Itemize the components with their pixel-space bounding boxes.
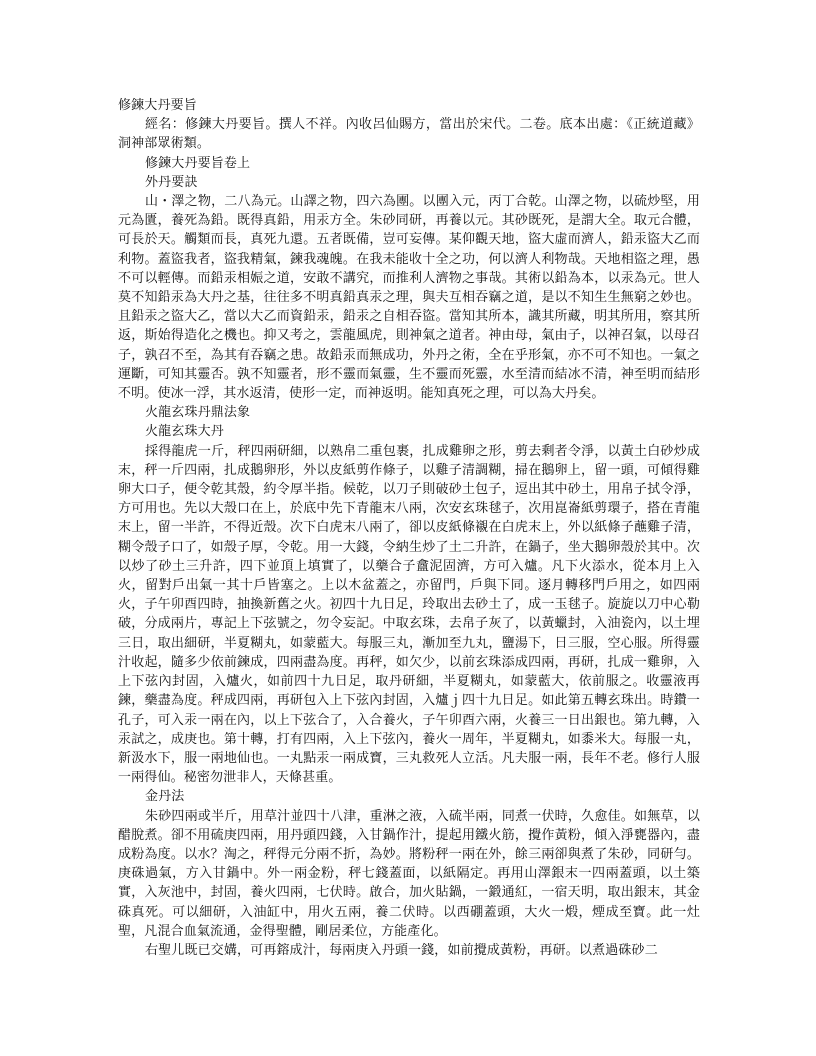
section-heading: 外丹要訣 bbox=[118, 173, 700, 192]
section-heading: 金丹法 bbox=[118, 787, 700, 806]
section-heading: 火龍玄珠丹鼎法象 bbox=[118, 403, 700, 422]
section-paragraph: 採得龍虎一斤，秤四兩研細，以熟帛二重包裹，扎成雞卵之形，剪去剩者令淨，以黃土白砂… bbox=[118, 442, 700, 788]
document-title: 修鍊大丹要旨 bbox=[118, 96, 700, 115]
document-intro: 經名：修鍊大丹要旨。撰人不祥。內收呂仙賜方，當出於宋代。二卷。底本出處：《正統道… bbox=[118, 115, 700, 153]
section-subheading: 火龍玄珠大丹 bbox=[118, 422, 700, 441]
section-paragraph: 朱砂四兩或半斤，用草汁並四十八津，重淋之液，入硫半兩，同煮一伏時，久愈佳。如無草… bbox=[118, 807, 700, 941]
section-paragraph: 右聖儿既已交媾，可再鎔成汁，每兩庚入丹頭一錢，如前攪成黃粉，再研。以煮過硃砂二 bbox=[118, 941, 700, 960]
volume-title: 修鍊大丹要旨卷上 bbox=[118, 154, 700, 173]
document-page: 修鍊大丹要旨 經名：修鍊大丹要旨。撰人不祥。內收呂仙賜方，當出於宋代。二卷。底本… bbox=[118, 96, 700, 960]
section-paragraph: 山・澤之物，二八為元。山譯之物，四六為團。以團入元，丙丁合乾。山澤之物，以硫炒堅… bbox=[118, 192, 700, 403]
